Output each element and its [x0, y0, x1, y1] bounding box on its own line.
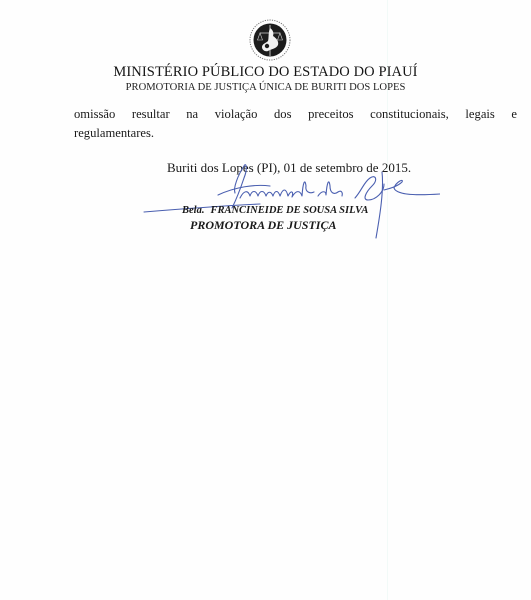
body-text-line: omissão resultar na violação dos preceit…	[74, 107, 517, 122]
signer-name: Bela.FRANCINEIDE DE SOUSA SILVA	[182, 205, 368, 216]
ministerio-publico-seal-icon	[249, 19, 291, 61]
signer-role: PROMOTORA DE JUSTIÇA	[190, 218, 336, 233]
signer-full-name: FRANCINEIDE DE SOUSA SILVA	[210, 205, 368, 216]
institution-subtitle: PROMOTORIA DE JUSTIÇA ÚNICA DE BURITI DO…	[0, 82, 531, 93]
document-page: MINISTÉRIO PÚBLICO DO ESTADO DO PIAUÍ PR…	[0, 0, 531, 600]
institution-title: MINISTÉRIO PÚBLICO DO ESTADO DO PIAUÍ	[0, 64, 531, 81]
place-and-date: Buriti dos Lopes (PI), 01 de setembro de…	[167, 160, 411, 176]
body-text-line: regulamentares.	[74, 126, 154, 141]
signer-title-prefix: Bela.	[182, 205, 204, 216]
